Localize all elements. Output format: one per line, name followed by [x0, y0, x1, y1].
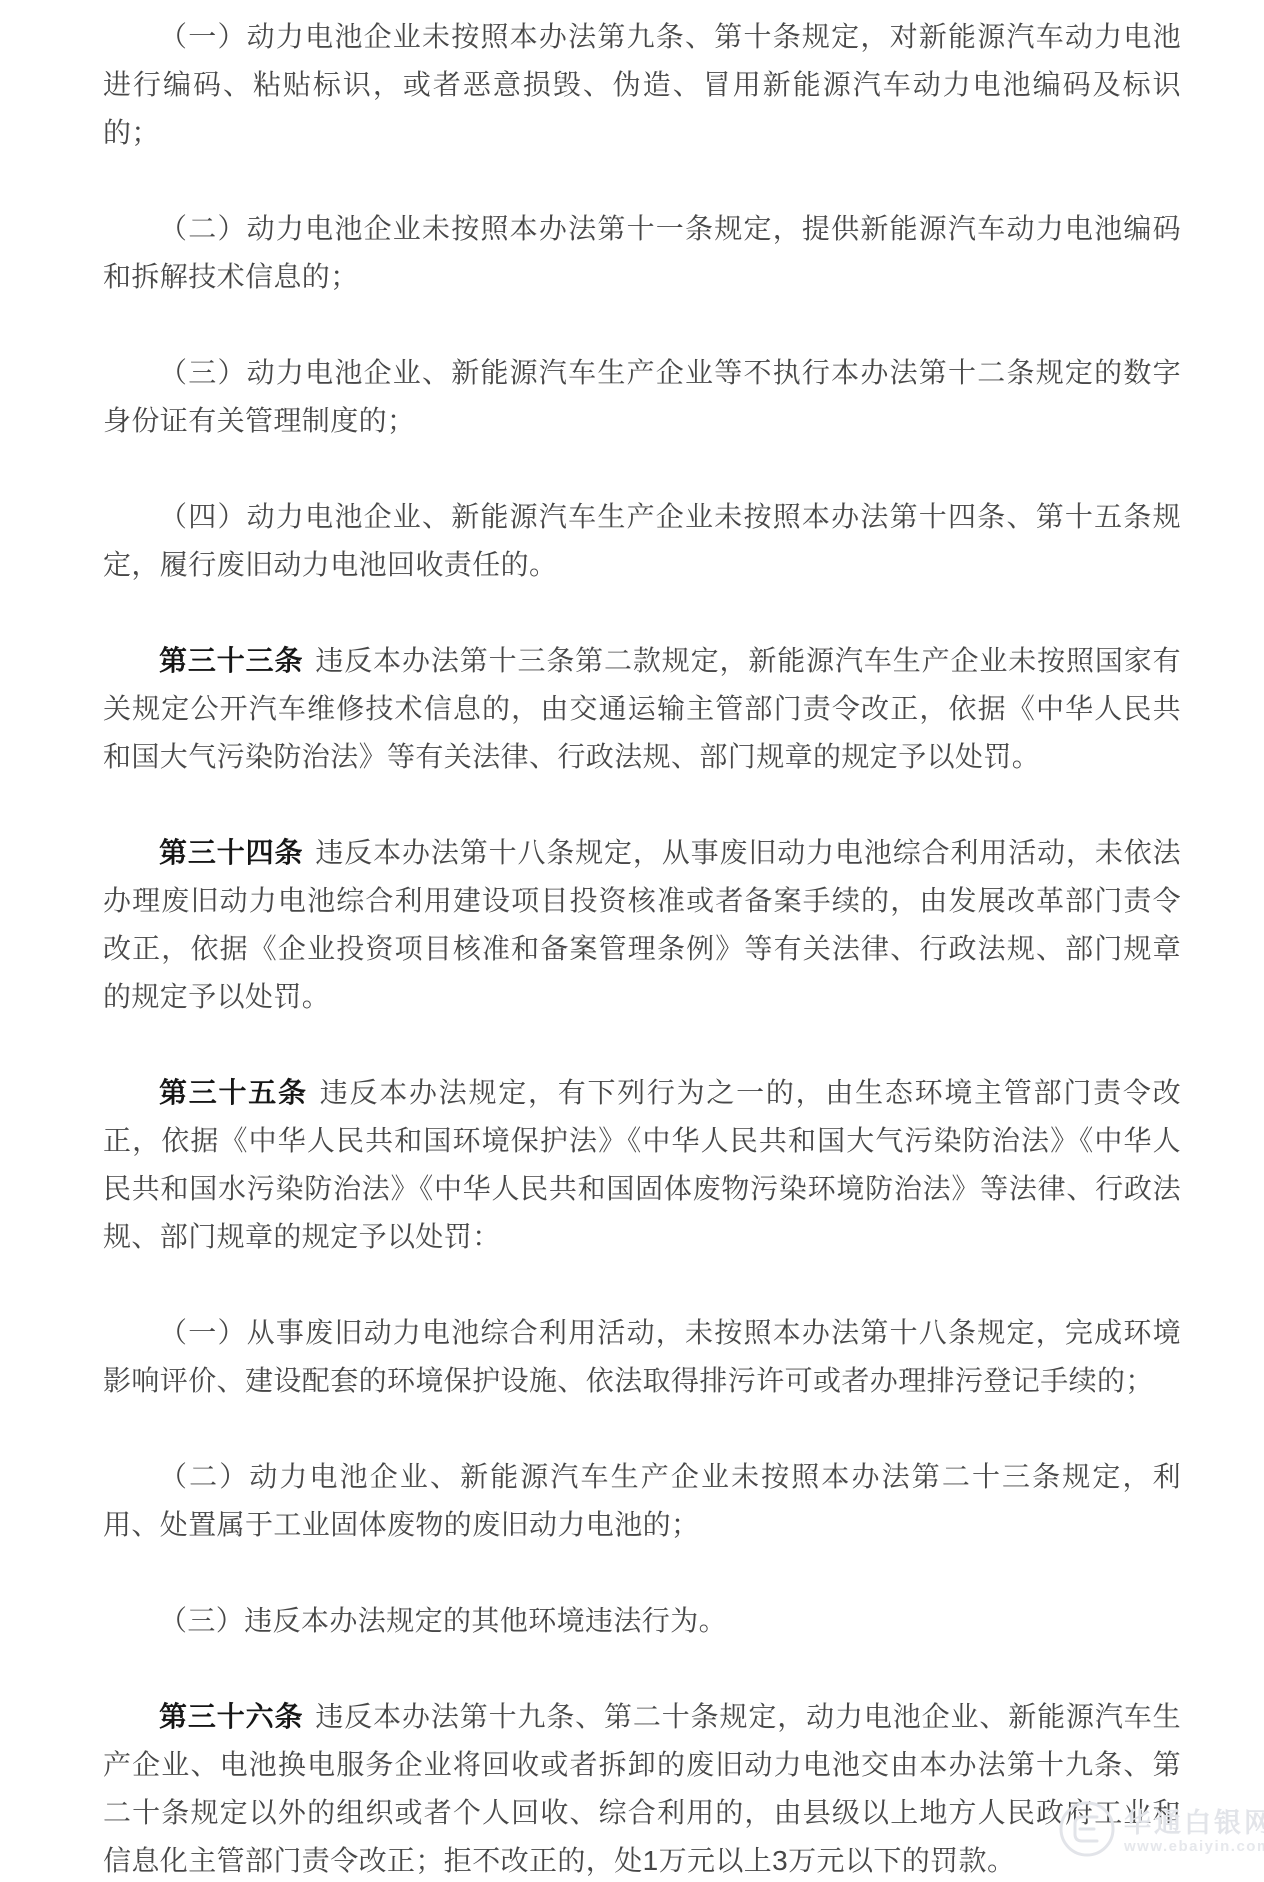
clause-text: 动力电池企业、新能源汽车生产企业未按照本办法第二十三条规定，利用、处置属于工业固… [103, 1461, 1181, 1540]
clause-item-5: （一）从事废旧动力电池综合利用活动，未按照本办法第十八条规定，完成环境影响评价、… [103, 1309, 1181, 1405]
article-number: 第三十四条 [159, 837, 303, 868]
article-number: 第三十五条 [159, 1077, 308, 1108]
article-number: 第三十六条 [159, 1701, 303, 1732]
clause-number: （三） [159, 1605, 244, 1636]
clause-text: 动力电池企业未按照本办法第九条、第十条规定，对新能源汽车动力电池进行编码、粘贴标… [103, 21, 1181, 148]
article-34: 第三十四条违反本办法第十八条规定，从事废旧动力电池综合利用活动，未依法办理废旧动… [103, 829, 1181, 1021]
clause-item-6: （二）动力电池企业、新能源汽车生产企业未按照本办法第二十三条规定，利用、处置属于… [103, 1453, 1181, 1549]
clause-number: （一） [159, 1317, 247, 1348]
clause-item-1: （一）动力电池企业未按照本办法第九条、第十条规定，对新能源汽车动力电池进行编码、… [103, 13, 1181, 157]
clause-number: （二） [159, 1461, 249, 1492]
article-36: 第三十六条违反本办法第十九条、第二十条规定，动力电池企业、新能源汽车生产企业、电… [103, 1693, 1181, 1882]
clause-number: （一） [159, 21, 247, 52]
clause-item-2: （二）动力电池企业未按照本办法第十一条规定，提供新能源汽车动力电池编码和拆解技术… [103, 205, 1181, 301]
clause-text: 动力电池企业未按照本办法第十一条规定，提供新能源汽车动力电池编码和拆解技术信息的… [103, 213, 1181, 292]
article-33: 第三十三条违反本办法第十三条第二款规定，新能源汽车生产企业未按照国家有关规定公开… [103, 637, 1181, 781]
clause-number: （二） [159, 213, 247, 244]
clause-item-3: （三）动力电池企业、新能源汽车生产企业等不执行本办法第十二条规定的数字身份证有关… [103, 349, 1181, 445]
document-page: （一）动力电池企业未按照本办法第九条、第十条规定，对新能源汽车动力电池进行编码、… [0, 0, 1264, 1882]
clause-text: 从事废旧动力电池综合利用活动，未按照本办法第十八条规定，完成环境影响评价、建设配… [103, 1317, 1181, 1396]
article-35: 第三十五条违反本办法规定，有下列行为之一的，由生态环境主管部门责令改正，依据《中… [103, 1069, 1181, 1261]
clause-text: 动力电池企业、新能源汽车生产企业未按照本办法第十四条、第十五条规定，履行废旧动力… [103, 501, 1181, 580]
clause-text: 动力电池企业、新能源汽车生产企业等不执行本办法第十二条规定的数字身份证有关管理制… [103, 357, 1181, 436]
clause-item-7: （三）违反本办法规定的其他环境违法行为。 [103, 1597, 1181, 1645]
clause-number: （四） [159, 501, 247, 532]
document-body: （一）动力电池企业未按照本办法第九条、第十条规定，对新能源汽车动力电池进行编码、… [103, 13, 1181, 1882]
clause-number: （三） [159, 357, 247, 388]
clause-text: 违反本办法规定的其他环境违法行为。 [244, 1605, 727, 1636]
clause-item-4: （四）动力电池企业、新能源汽车生产企业未按照本办法第十四条、第十五条规定，履行废… [103, 493, 1181, 589]
article-number: 第三十三条 [159, 645, 303, 676]
